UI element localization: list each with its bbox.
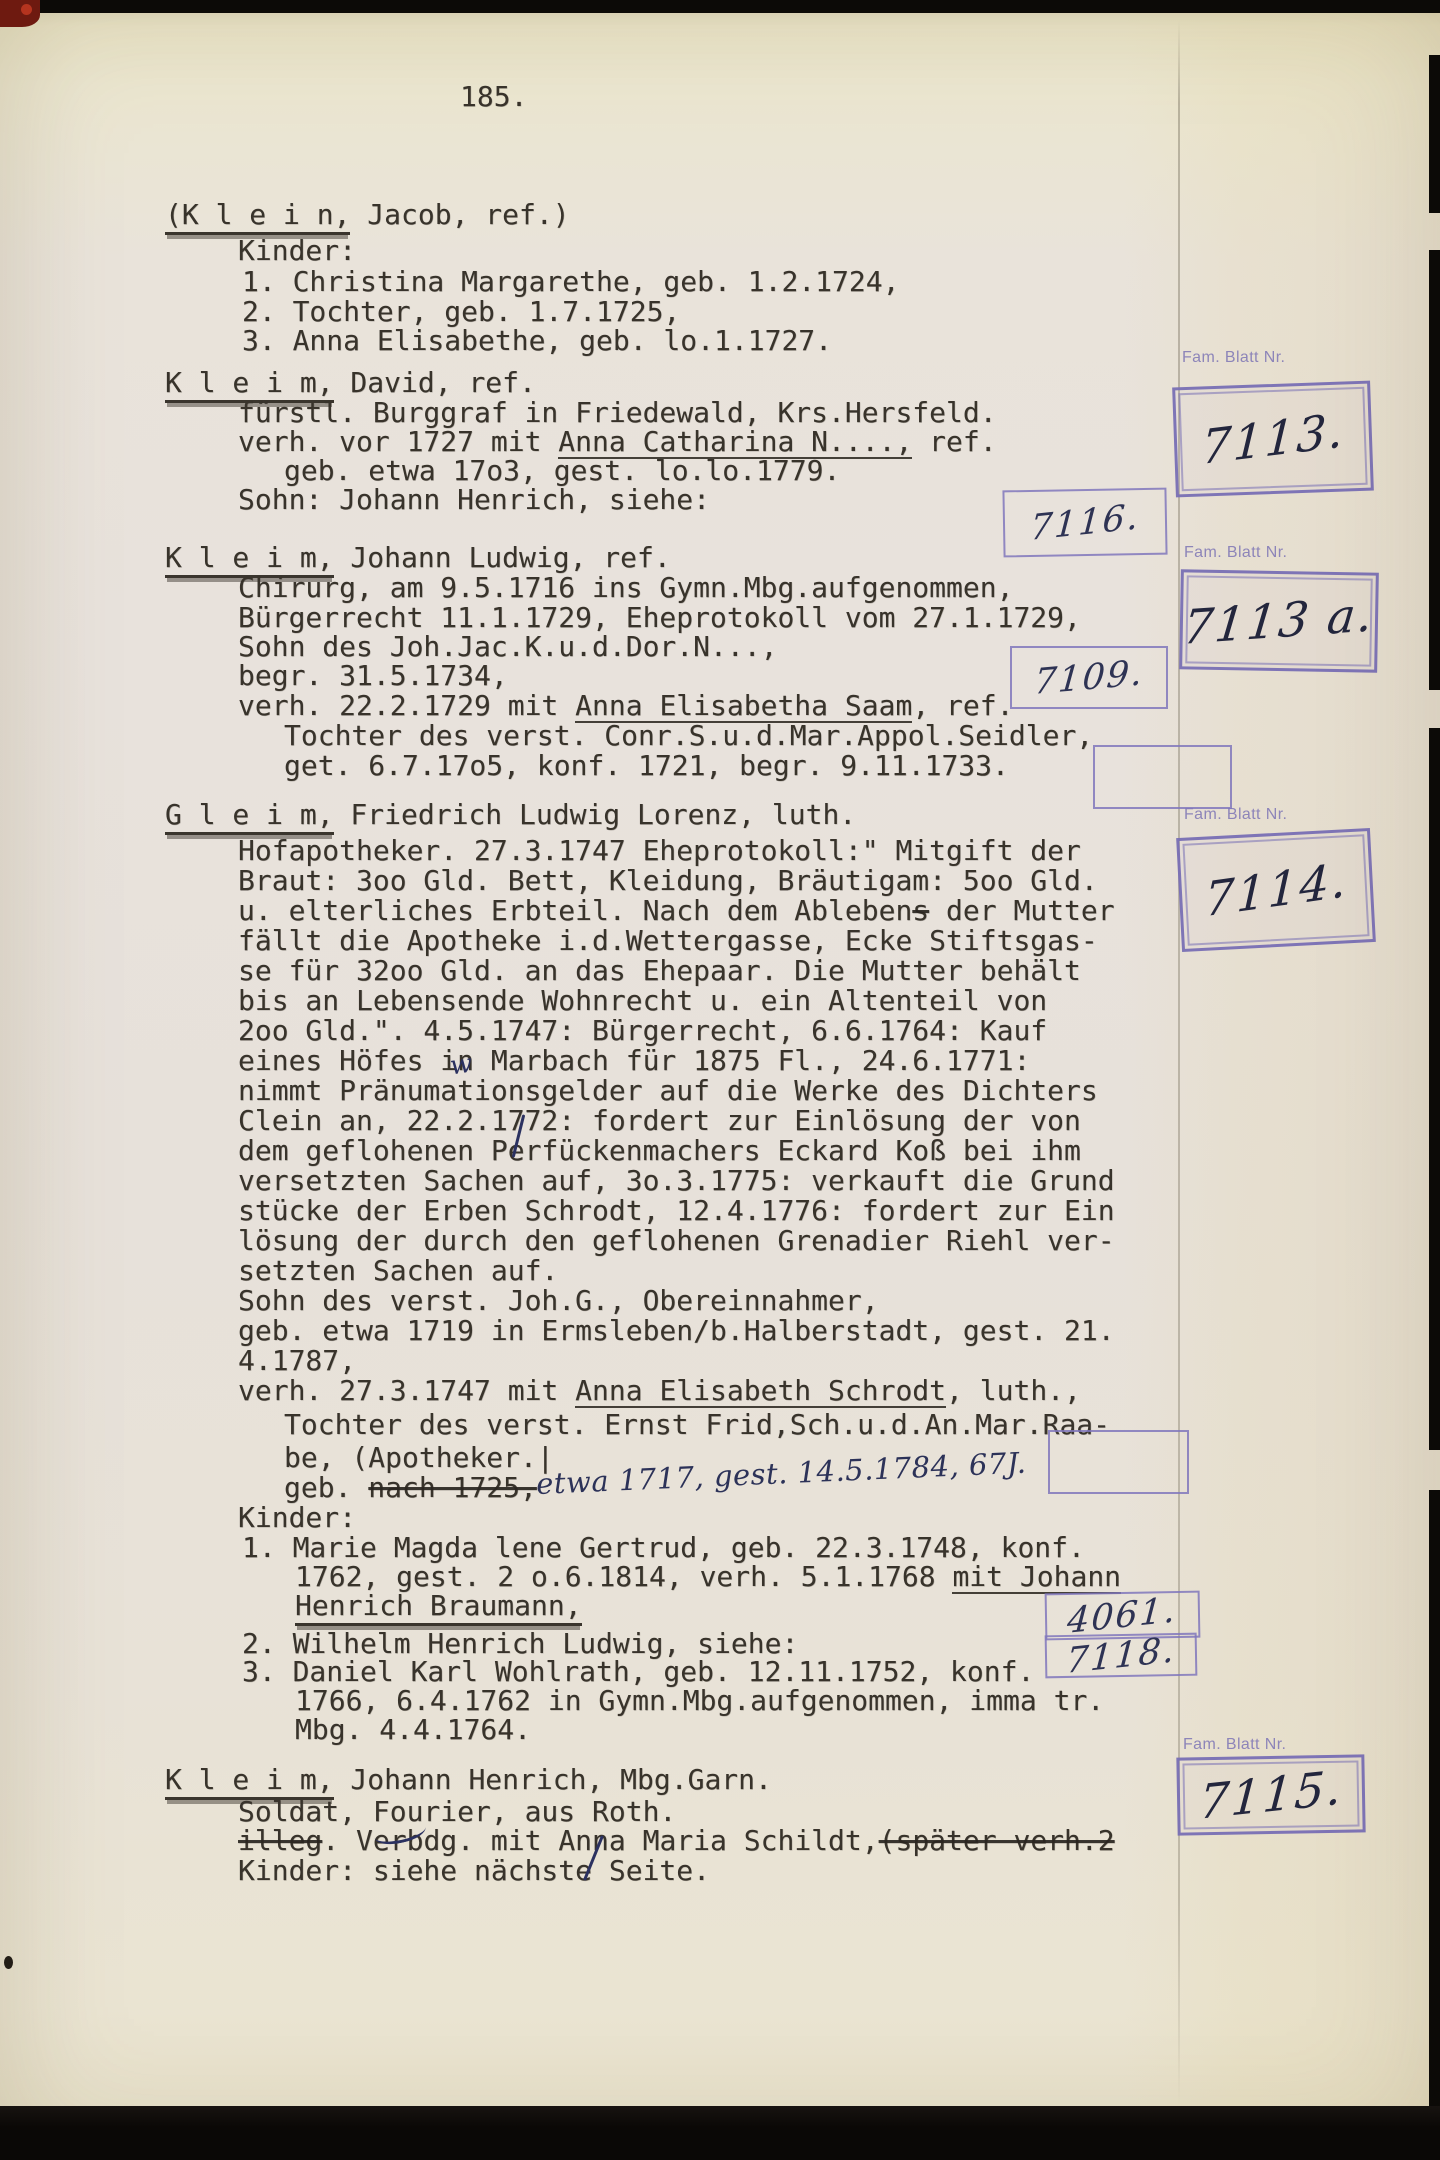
fam-blatt-nr-label: Fam. Blatt Nr. xyxy=(1182,349,1285,367)
typed-text: der Mutter xyxy=(929,896,1114,925)
document-line: Sohn: Johann Henrich, siehe: xyxy=(238,485,710,514)
document-line: nimmt Pränumationsgelder auf die Werke d… xyxy=(238,1076,1098,1105)
document-line: Tochter des verst. Conr.S.u.d.Mar.Appol.… xyxy=(284,721,1093,750)
fam-blatt-box-7114: 7114. xyxy=(1176,828,1376,952)
typed-text: Soldat, Fourier, aus Roth. xyxy=(238,1797,676,1826)
fam-blatt-box-7116: 7116. xyxy=(1002,488,1167,558)
typed-text: bdg xyxy=(407,1826,458,1855)
document-line: be, (Apotheker.| xyxy=(284,1443,554,1472)
typed-text: verh. 22.2.1729 mit xyxy=(238,691,575,720)
fam-blatt-number: 7113 a. xyxy=(1181,587,1378,656)
fam-blatt-box-7109: 7109. xyxy=(1010,646,1168,709)
typed-text: be, (Apotheker.| xyxy=(284,1443,554,1472)
typed-text: fürstl. Burggraf in Friedewald, Krs.Hers… xyxy=(238,398,997,427)
fam-blatt-box-7113a: 7113 a. xyxy=(1179,569,1379,672)
document-line: illeg. Verbdg. mit Anna Maria Schildt,(s… xyxy=(238,1826,1115,1855)
document-line: lösung der durch den geflohenen Grenadie… xyxy=(238,1226,1115,1255)
struck-text: nach 1725, xyxy=(368,1473,537,1502)
typed-text: . Ver xyxy=(322,1826,406,1855)
document-line: versetzten Sachen auf, 3o.3.1775: verkau… xyxy=(238,1166,1115,1195)
typed-text: versetzten Sachen auf, 3o.3.1775: verkau… xyxy=(238,1166,1115,1195)
scan-edge-right xyxy=(1429,728,1440,1450)
document-line: Clein an, 22.2.1772: fordert zur Einlösu… xyxy=(238,1106,1081,1135)
document-line: geb. nach 1725,etwa 1717, gest. 14.5.178… xyxy=(284,1472,1027,1502)
typed-text: Friedrich Ludwig Lorenz, luth. xyxy=(334,800,857,829)
typed-text: Hofapotheker. 27.3.1747 Eheprotokoll:" M… xyxy=(238,836,1081,865)
section-heading-klein-jacob: (K l e i n, Jacob, ref.) xyxy=(165,200,570,235)
handwritten-annotation: etwa 1717, gest. 14.5.1784, 67J. xyxy=(535,1448,1026,1500)
typed-text: Kinder: siehe nächste Seite. xyxy=(238,1856,710,1885)
document-line: Kinder: siehe nächste Seite. xyxy=(238,1856,710,1885)
typed-text: fällt die Apotheke i.d.Wettergasse, Ecke… xyxy=(238,926,1098,955)
document-line: Bürgerrecht 11.1.1729, Eheprotokoll vom … xyxy=(238,603,1081,632)
typed-text: stücke der Erben Schrodt, 12.4.1776: for… xyxy=(238,1196,1115,1225)
struck-text: s xyxy=(912,896,929,925)
section-heading-gleim-friedrich: G l e i m, Friedrich Ludwig Lorenz, luth… xyxy=(165,800,856,835)
document-line: get. 6.7.17o5, konf. 1721, begr. 9.11.17… xyxy=(284,751,1009,780)
typed-text: Sohn des verst. Joh.G., Obereinnahmer, xyxy=(238,1286,879,1315)
typed-text: u. elterliches Erbteil. Nach dem Ableben xyxy=(238,896,912,925)
document-line: Soldat, Fourier, aus Roth. xyxy=(238,1797,676,1826)
scan-ink-dot xyxy=(4,1956,13,1969)
fam-blatt-number: 7116. xyxy=(1029,496,1141,548)
typed-text: 2. Wilhelm Henrich Ludwig, siehe: xyxy=(242,1629,798,1658)
typed-text: begr. 31.5.1734, xyxy=(238,661,508,690)
typed-text: Braut: 3oo Gld. Bett, Kleidung, Bräutiga… xyxy=(238,866,1098,895)
typed-text: nimmt Pränumationsgelder auf die Werke d… xyxy=(238,1076,1098,1105)
typed-text: ref. xyxy=(912,427,996,456)
document-line: Kinder: xyxy=(238,236,356,265)
scan-edge-right xyxy=(1429,1490,1440,2160)
scan-edge-top xyxy=(0,0,1440,13)
typed-text: geb. etwa 1719 in Ermsleben/b.Halberstad… xyxy=(238,1316,1115,1345)
typed-text: dem geflohenen Perfückenmachers Eckard K… xyxy=(238,1136,1081,1165)
document-line: eines Höfes in Marbach für 1875 Fl., 24.… xyxy=(238,1046,1030,1075)
underlined-text: Henrich Braumann, xyxy=(295,1591,582,1626)
document-line: Kinder: xyxy=(238,1503,356,1532)
typed-text: 2. Tochter, geb. 1.7.1725, xyxy=(242,297,680,326)
scan-corner-red-mark xyxy=(0,0,40,27)
document-line: fürstl. Burggraf in Friedewald, Krs.Hers… xyxy=(238,398,997,427)
typed-text: eines Höfes in Marbach für 1875 Fl., 24.… xyxy=(238,1046,1030,1075)
document-page: 185.(K l e i n, Jacob, ref.)Kinder:1. Ch… xyxy=(0,0,1440,2160)
typed-text: 185. xyxy=(460,82,527,111)
page-number: 185. xyxy=(460,82,527,111)
document-line: Mbg. 4.4.1764. xyxy=(295,1715,531,1744)
document-line: se für 32oo Gld. an das Ehepaar. Die Mut… xyxy=(238,956,1081,985)
typed-text: 2oo Gld.". 4.5.1747: Bürgerrecht, 6.6.17… xyxy=(238,1016,1047,1045)
document-line: Sohn des verst. Joh.G., Obereinnahmer, xyxy=(238,1286,879,1315)
document-line: stücke der Erben Schrodt, 12.4.1776: for… xyxy=(238,1196,1115,1225)
document-line: Tochter des verst. Ernst Frid,Sch.u.d.An… xyxy=(284,1410,1110,1439)
typed-text: David, ref. xyxy=(334,368,536,397)
document-line: 2. Tochter, geb. 1.7.1725, xyxy=(242,297,680,326)
document-line: Henrich Braumann, xyxy=(295,1591,582,1626)
typed-text: . mit Anna Maria Schildt, xyxy=(457,1826,878,1855)
underlined-text: G l e i m, xyxy=(165,800,334,835)
struck-text: (später verh.2 xyxy=(879,1826,1115,1855)
document-line: bis an Lebensende Wohnrecht u. ein Alten… xyxy=(238,986,1047,1015)
document-line: 2. Wilhelm Henrich Ludwig, siehe: xyxy=(242,1629,798,1658)
typed-text: geb. xyxy=(284,1473,368,1502)
fam-blatt-box-empty xyxy=(1093,745,1232,809)
typed-text: 1. Christina Margarethe, geb. 1.2.1724, xyxy=(242,267,899,296)
fam-blatt-box-empty xyxy=(1048,1430,1189,1494)
document-line: u. elterliches Erbteil. Nach dem Ableben… xyxy=(238,896,1115,925)
struck-text: illeg xyxy=(238,1826,322,1855)
document-line: 1. Christina Margarethe, geb. 1.2.1724, xyxy=(242,267,899,296)
fam-blatt-number: 7109. xyxy=(1032,652,1145,702)
document-line: fällt die Apotheke i.d.Wettergasse, Ecke… xyxy=(238,926,1098,955)
typed-text: Clein an, 22.2.1772: fordert zur Einlösu… xyxy=(238,1106,1081,1135)
underlined-text: (K l e i n, xyxy=(165,200,350,235)
document-line: Chirurg, am 9.5.1716 ins Gymn.Mbg.aufgen… xyxy=(238,573,1013,602)
scan-edge-right xyxy=(1429,55,1440,213)
typed-text: Bürgerrecht 11.1.1729, Eheprotokoll vom … xyxy=(238,603,1081,632)
typed-text: verh. 27.3.1747 mit xyxy=(238,1376,575,1405)
typed-text: se für 32oo Gld. an das Ehepaar. Die Mut… xyxy=(238,956,1081,985)
fam-blatt-number: 7113. xyxy=(1200,402,1346,475)
document-line: geb. etwa 17o3, gest. lo.lo.1779. xyxy=(284,456,840,485)
typed-text: bis an Lebensende Wohnrecht u. ein Alten… xyxy=(238,986,1047,1015)
typed-text: 4.1787, xyxy=(238,1346,356,1375)
document-line: 3. Daniel Karl Wohlrath, geb. 12.11.1752… xyxy=(242,1657,1034,1686)
typed-text: 1. Marie Magda lene Gertrud, geb. 22.3.1… xyxy=(242,1533,1085,1562)
typed-text: Jacob, ref.) xyxy=(350,200,569,229)
typed-text: , ref. xyxy=(912,691,1013,720)
underlined-text: Anna Elisabeth Schrodt xyxy=(575,1376,946,1408)
typed-text: Tochter des verst. Ernst Frid,Sch.u.d.An… xyxy=(284,1410,1110,1439)
typed-text: Sohn: Johann Henrich, siehe: xyxy=(238,485,710,514)
fam-blatt-nr-label: Fam. Blatt Nr. xyxy=(1184,544,1287,562)
fam-blatt-nr-label: Fam. Blatt Nr. xyxy=(1183,1736,1286,1754)
typed-text: 1766, 6.4.1762 in Gymn.Mbg.aufgenommen, … xyxy=(295,1686,1104,1715)
document-line: begr. 31.5.1734, xyxy=(238,661,508,690)
typed-text: Sohn des Joh.Jac.K.u.d.Dor.N..., xyxy=(238,632,777,661)
fam-blatt-box-7118: 7118. xyxy=(1045,1633,1198,1679)
document-line: Braut: 3oo Gld. Bett, Kleidung, Bräutiga… xyxy=(238,866,1098,895)
document-line: 3. Anna Elisabethe, geb. lo.1.1727. xyxy=(242,326,832,355)
document-line: verh. 27.3.1747 mit Anna Elisabeth Schro… xyxy=(238,1376,1081,1408)
document-line: 1. Marie Magda lene Gertrud, geb. 22.3.1… xyxy=(242,1533,1085,1562)
document-line: setzten Sachen auf. xyxy=(238,1256,558,1285)
typed-text: 3. Daniel Karl Wohlrath, geb. 12.11.1752… xyxy=(242,1657,1034,1686)
typed-text: Kinder: xyxy=(238,236,356,265)
document-line: geb. etwa 1719 in Ermsleben/b.Halberstad… xyxy=(238,1316,1115,1345)
scan-edge-bottom xyxy=(0,2106,1440,2160)
typed-text: Chirurg, am 9.5.1716 ins Gymn.Mbg.aufgen… xyxy=(238,573,1013,602)
typed-text: get. 6.7.17o5, konf. 1721, begr. 9.11.17… xyxy=(284,751,1009,780)
document-line: 2oo Gld.". 4.5.1747: Bürgerrecht, 6.6.17… xyxy=(238,1016,1047,1045)
scan-red-dot xyxy=(21,4,32,15)
fam-blatt-number: 7118. xyxy=(1065,1629,1177,1681)
typed-text: Tochter des verst. Conr.S.u.d.Mar.Appol.… xyxy=(284,721,1093,750)
typed-text: Johann Henrich, Mbg.Garn. xyxy=(334,1765,772,1794)
document-line: Hofapotheker. 27.3.1747 Eheprotokoll:" M… xyxy=(238,836,1081,865)
document-line: 1766, 6.4.1762 in Gymn.Mbg.aufgenommen, … xyxy=(295,1686,1104,1715)
typed-text: , luth., xyxy=(946,1376,1081,1405)
underlined-text: mit Johann xyxy=(952,1562,1121,1594)
typed-text: geb. etwa 17o3, gest. lo.lo.1779. xyxy=(284,456,840,485)
typed-text: setzten Sachen auf. xyxy=(238,1256,558,1285)
typed-text: verh. vor 1727 mit xyxy=(238,427,558,456)
document-line: Sohn des Joh.Jac.K.u.d.Dor.N..., xyxy=(238,632,777,661)
scan-edge-right xyxy=(1429,250,1440,690)
fam-blatt-box-7115: 7115. xyxy=(1176,1754,1365,1835)
typed-text: Mbg. 4.4.1764. xyxy=(295,1715,531,1744)
fam-blatt-box-7113: 7113. xyxy=(1172,381,1374,498)
fam-blatt-number: 7115. xyxy=(1197,1760,1345,1831)
typed-text: Johann Ludwig, ref. xyxy=(334,543,671,572)
typed-text: Kinder: xyxy=(238,1503,356,1532)
fam-blatt-number: 7114. xyxy=(1203,852,1348,928)
typed-text: 1762, gest. 2 o.6.1814, verh. 5.1.1768 xyxy=(295,1562,952,1591)
document-line: dem geflohenen Perfückenmachers Eckard K… xyxy=(238,1136,1081,1165)
typed-text: lösung der durch den geflohenen Grenadie… xyxy=(238,1226,1115,1255)
typed-text: 3. Anna Elisabethe, geb. lo.1.1727. xyxy=(242,326,832,355)
document-line: 4.1787, xyxy=(238,1346,356,1375)
